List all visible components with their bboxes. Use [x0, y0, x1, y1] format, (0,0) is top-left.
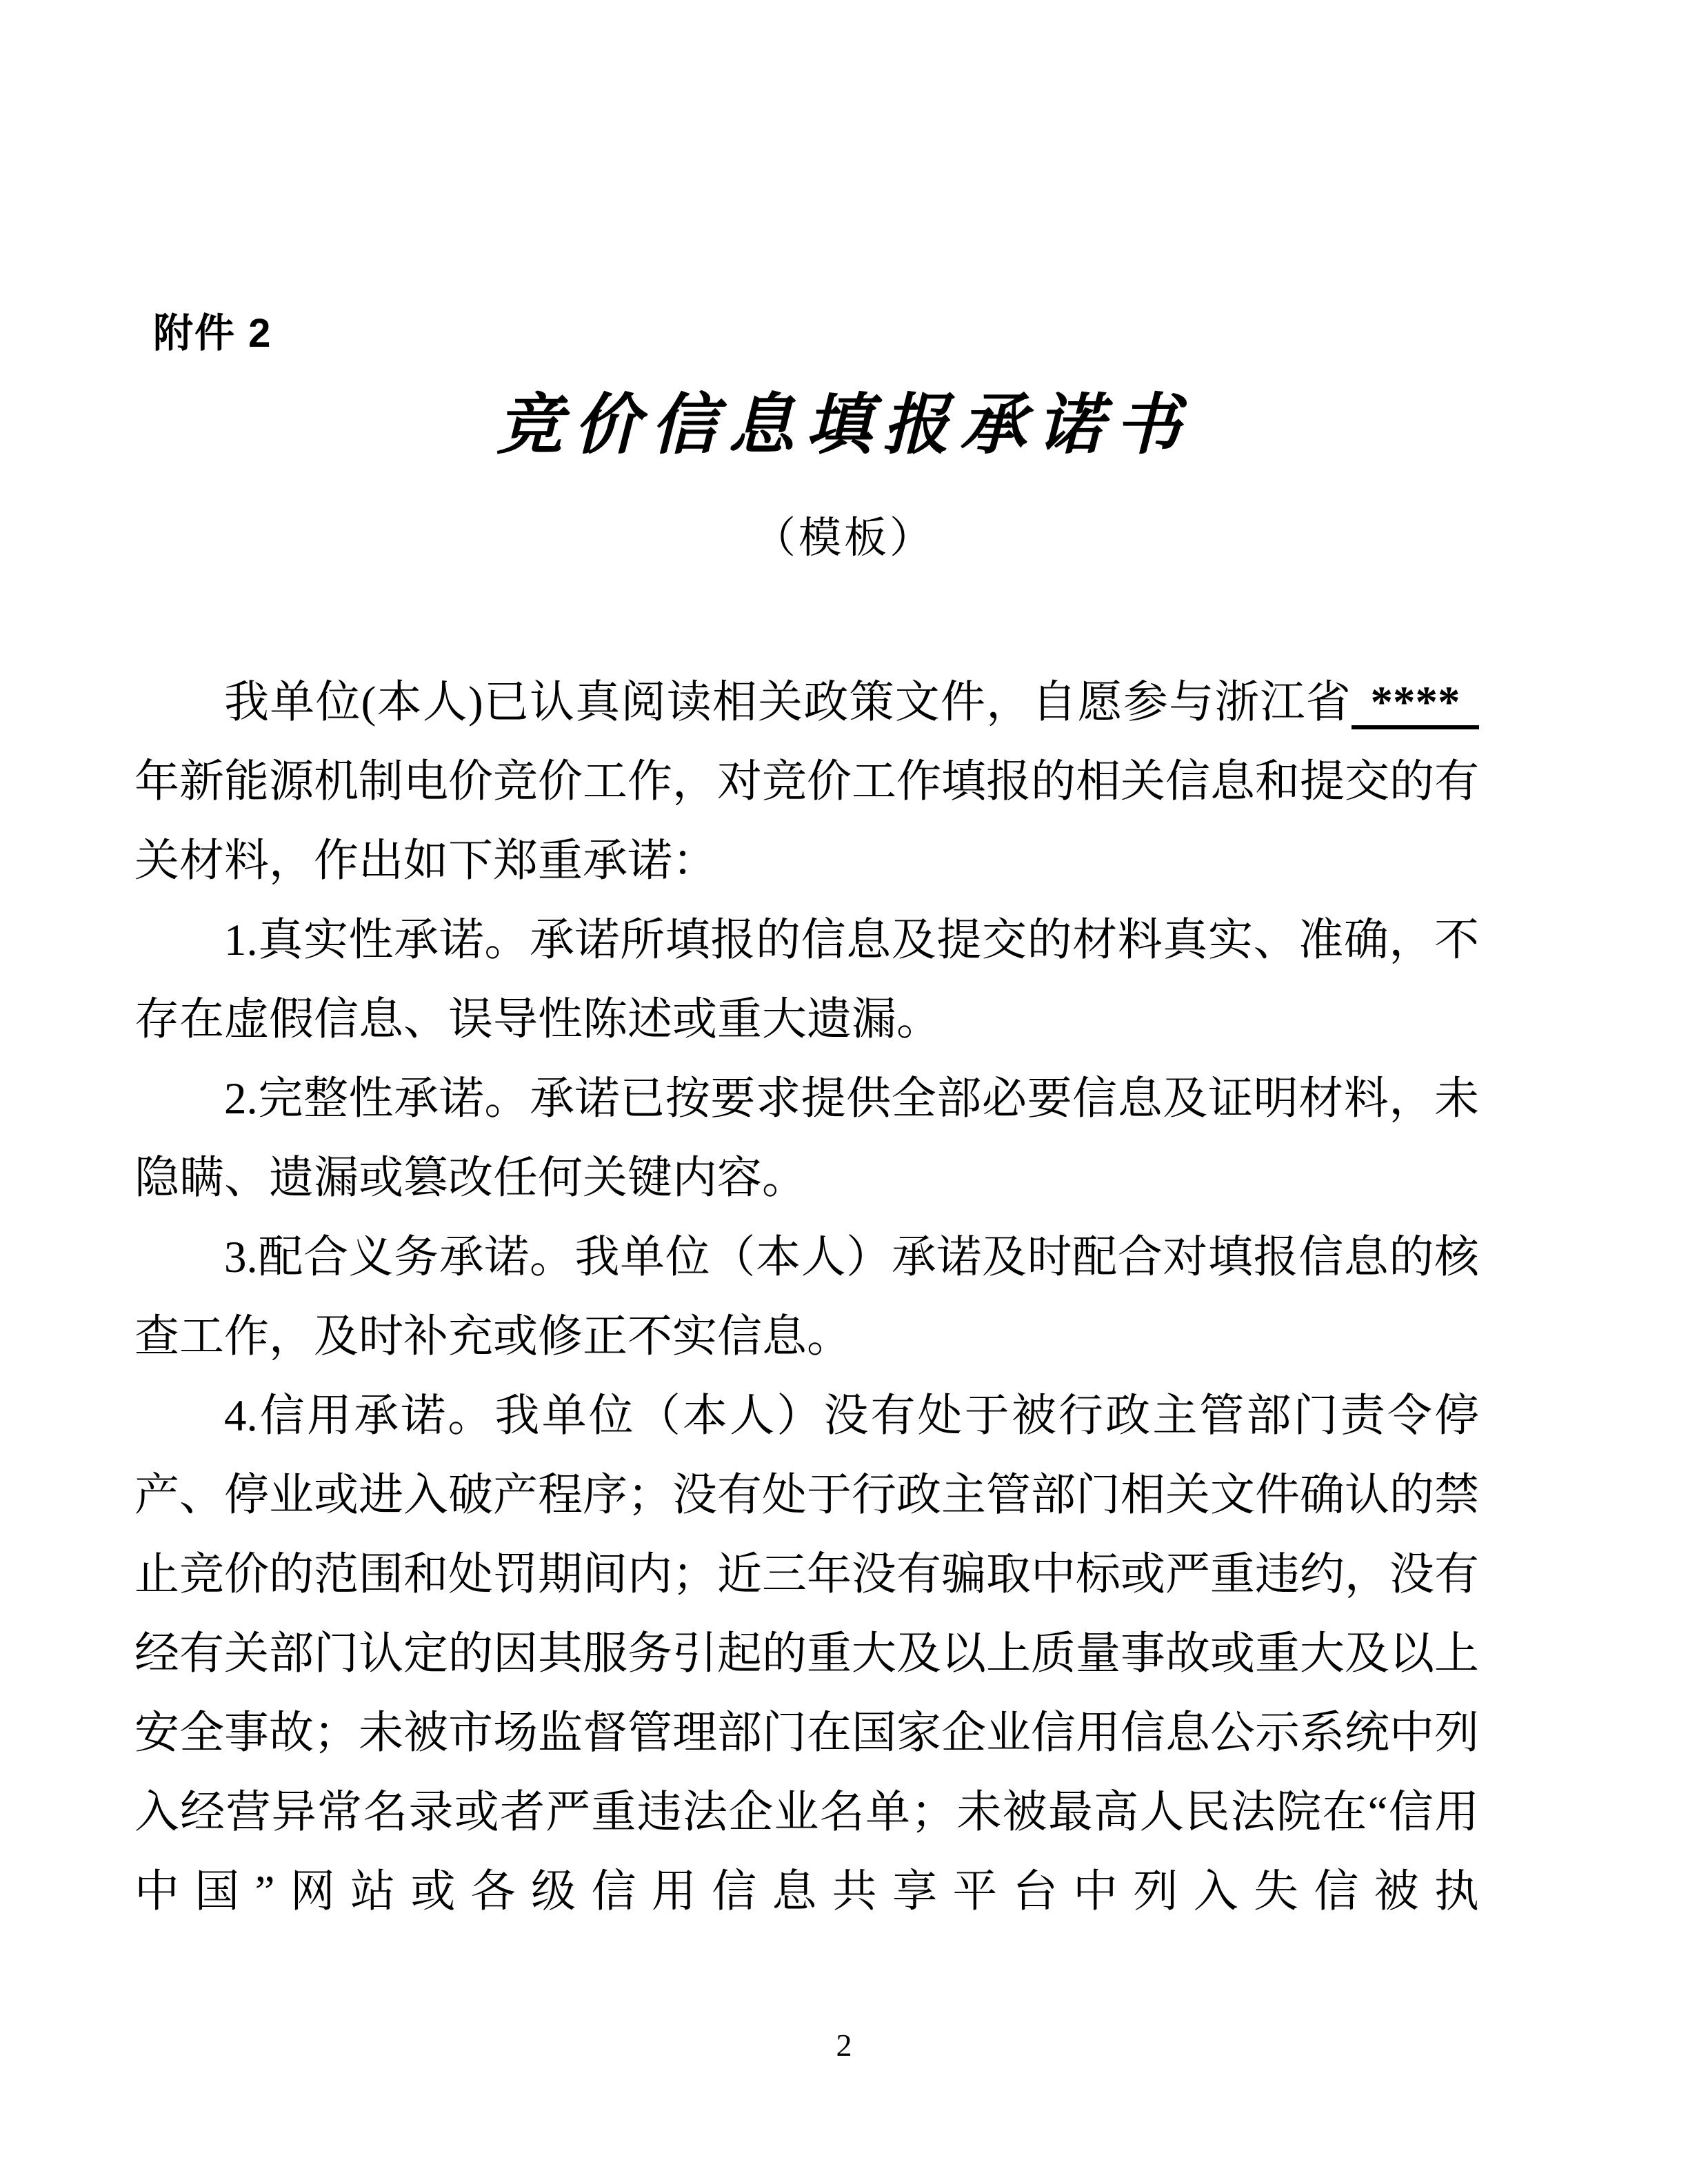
commitment-item-4: 4.信用承诺。我单位（本人）没有处于被行政主管部门责令停产、停业或进入破产程序；…: [134, 1377, 1479, 1932]
commitment-item-3: 3.配合义务承诺。我单位（本人）承诺及时配合对填报信息的核查工作，及时补充或修正…: [134, 1218, 1479, 1377]
document-subtitle: （模板）: [0, 503, 1688, 565]
attachment-label: 附件 2: [153, 301, 272, 358]
document-page: 附件 2 竞价信息填报承诺书 （模板） 我单位(本人)已认真阅读相关政策文件，自…: [0, 0, 1688, 2184]
intro-text-post: 年新能源机制电价竞价工作，对竞价工作填报的相关信息和提交的有关材料，作出如下郑重…: [134, 757, 1479, 886]
document-title: 竞价信息填报承诺书: [0, 372, 1688, 467]
intro-text-pre: 我单位(本人)已认真阅读相关政策文件，自愿参与浙江省: [224, 678, 1352, 727]
intro-paragraph: 我单位(本人)已认真阅读相关政策文件，自愿参与浙江省****年新能源机制电价竞价…: [134, 663, 1479, 901]
commitment-item-1: 1.真实性承诺。承诺所填报的信息及提交的材料真实、准确，不存在虚假信息、误导性陈…: [134, 901, 1479, 1060]
page-number: 2: [0, 2027, 1688, 2063]
blank-fill-field: ****: [1352, 680, 1479, 729]
document-body: 我单位(本人)已认真阅读相关政策文件，自愿参与浙江省****年新能源机制电价竞价…: [134, 663, 1479, 1932]
commitment-item-2: 2.完整性承诺。承诺已按要求提供全部必要信息及证明材料，未隐瞒、遗漏或篡改任何关…: [134, 1060, 1479, 1218]
